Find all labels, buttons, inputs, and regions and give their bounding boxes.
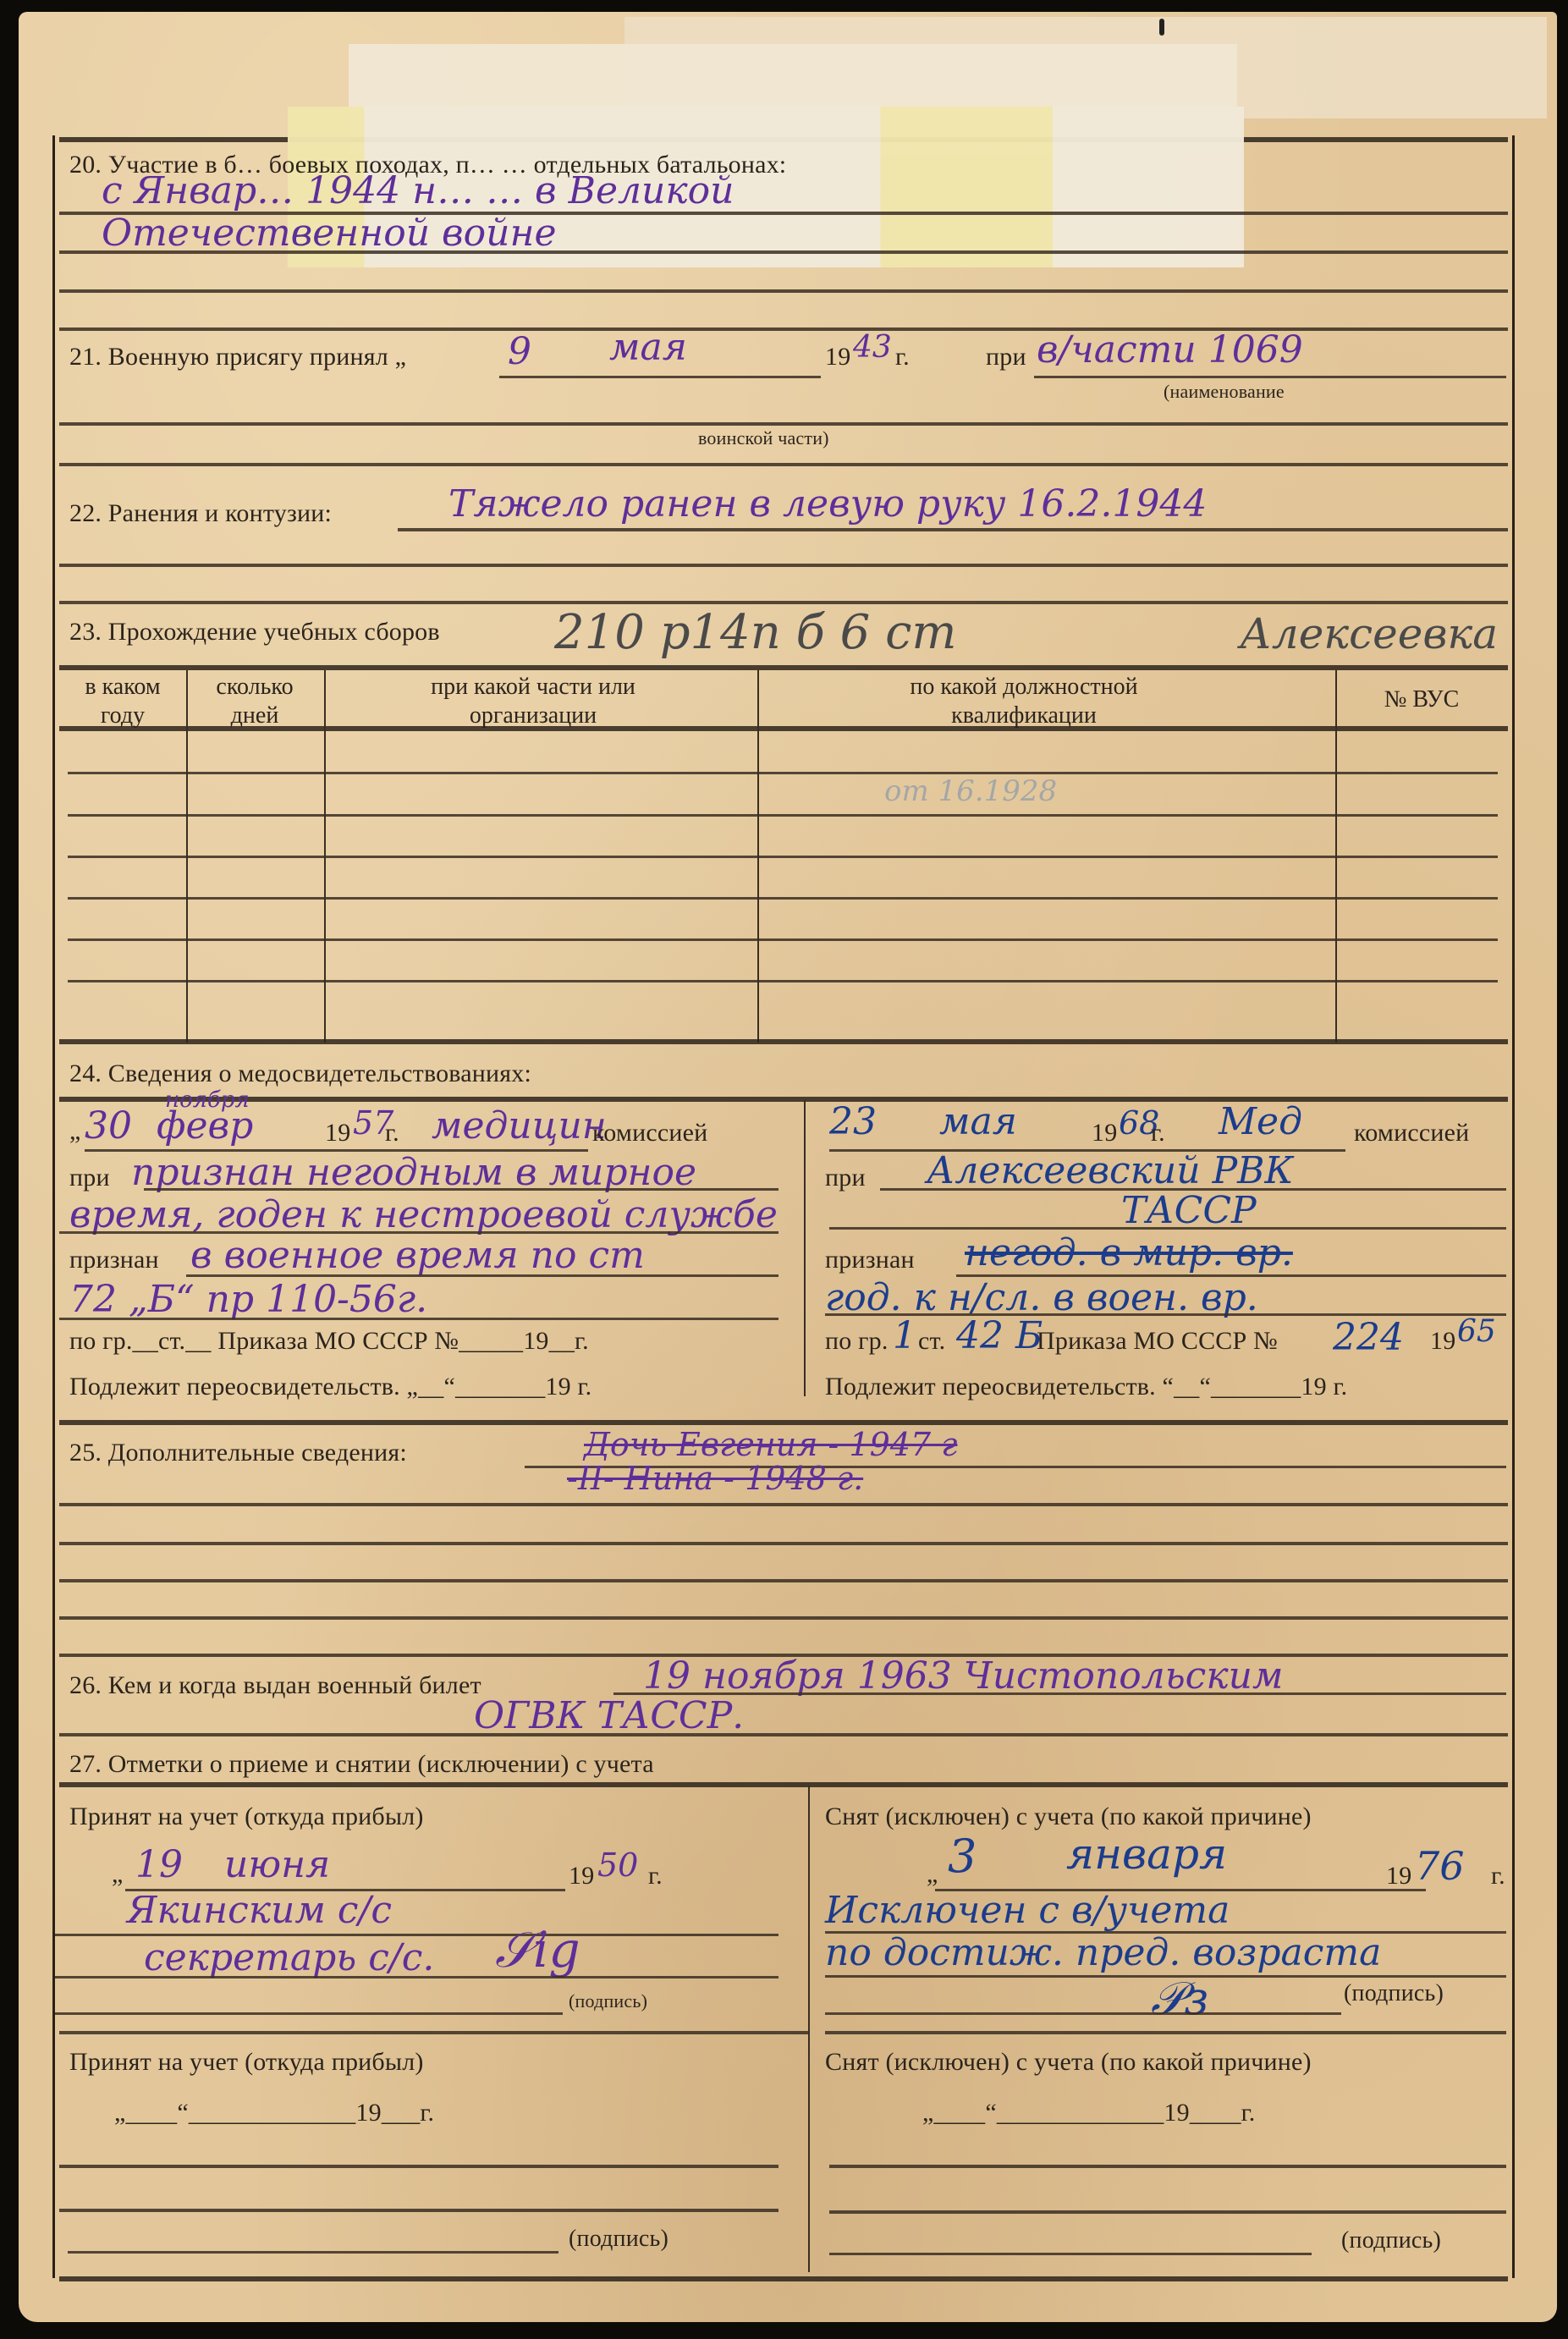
rule xyxy=(59,422,1508,426)
rule xyxy=(59,564,1508,567)
med-right-order-mid: Приказа МО СССР № xyxy=(1037,1327,1278,1356)
removed-date-2: „____“_____________19____г. xyxy=(922,2099,1255,2127)
column-divider xyxy=(804,1100,806,1396)
section-22-label: 22. Ранения и контузии: xyxy=(69,499,332,528)
med-right-commission-label: комиссией xyxy=(1354,1119,1469,1147)
oath-day: 9 xyxy=(508,330,531,373)
removed-year-1: 76 xyxy=(1415,1843,1465,1889)
rule xyxy=(59,1039,1508,1044)
rule xyxy=(59,1542,1508,1545)
rule xyxy=(55,1976,778,1979)
registered-heading-2: Принят на учет (откуда прибыл) xyxy=(69,2048,424,2077)
table-row-line xyxy=(68,814,1498,817)
rule xyxy=(59,1420,1508,1425)
rule xyxy=(59,601,1508,604)
rule xyxy=(825,2031,1506,2034)
med-right-priznan-label: признан xyxy=(825,1246,915,1274)
rule xyxy=(59,463,1508,466)
med-left-commission-label: комиссией xyxy=(592,1119,707,1147)
med-right-order-st: 42 Б xyxy=(956,1314,1043,1357)
rule xyxy=(59,2276,1508,2281)
med-right-year-prefix: 19 xyxy=(1092,1119,1117,1147)
table-row-line xyxy=(68,856,1498,858)
med-left-month-correction: ноября xyxy=(165,1087,250,1113)
rule xyxy=(59,2031,808,2034)
signature-2: 𝒫з xyxy=(1151,1972,1208,2026)
med-left-recheck: Подлежит переосвидетельств. „__“_______1… xyxy=(69,1373,591,1401)
column-divider xyxy=(808,1786,810,2272)
rule xyxy=(144,1188,778,1191)
med-right-pri-label: при xyxy=(825,1164,866,1192)
col-header-days: сколькодней xyxy=(188,673,322,730)
table-row-line xyxy=(68,938,1498,941)
med-right-pri-value: Алексеевский РВК xyxy=(927,1149,1294,1192)
registered-year-prefix-1: 19 xyxy=(569,1862,594,1890)
registered-day-1: 19 xyxy=(135,1843,183,1886)
unit-caption-2: воинской части) xyxy=(698,427,829,449)
registered-year-1: 50 xyxy=(597,1846,638,1884)
signature-label-4: (подпись) xyxy=(1341,2227,1441,2254)
med-left-day: 30 xyxy=(85,1104,132,1147)
training-value: 210 р14п б 6 ст xyxy=(554,605,957,660)
oath-unit: в/части 1069 xyxy=(1037,328,1303,371)
registered-from-1: Якинским с/с xyxy=(127,1889,392,1932)
section-24-label: 24. Сведения о медосвидетельствованиях: xyxy=(69,1059,531,1088)
med-left-line2: время, годен к нестроевой службе xyxy=(69,1193,778,1236)
rule xyxy=(55,2012,563,2015)
section-23-label: 23. Прохождение учебных сборов xyxy=(69,618,440,647)
section-21-label: 21. Военную присягу принял „ xyxy=(69,343,406,371)
removed-reason-1: Исключен с в/учета xyxy=(825,1889,1230,1932)
registered-g-1: г. xyxy=(648,1862,663,1890)
rule xyxy=(59,1733,1508,1736)
med-right-commission: Мед xyxy=(1219,1100,1302,1143)
registered-heading-1: Принят на учет (откуда прибыл) xyxy=(69,1802,424,1831)
med-right-g: г. xyxy=(1151,1119,1165,1147)
med-right-priznan-value: негод. в мир. вр. xyxy=(965,1231,1293,1274)
col-header-vus: № ВУС xyxy=(1337,685,1506,714)
additional-info-line2: -II- Нина - 1948 г. xyxy=(567,1460,863,1497)
rule xyxy=(59,1503,1508,1506)
registered-date-2: „____“_____________19___г. xyxy=(114,2099,434,2127)
rule xyxy=(59,665,1508,670)
med-left-line4: 72 „Б“ пр 110-56г. xyxy=(69,1278,427,1321)
med-left-g: г. xyxy=(385,1119,399,1147)
med-right-order-year-prefix: 19 xyxy=(1430,1327,1455,1356)
removed-reason-2: по достиж. пред. возраста xyxy=(825,1931,1381,1974)
col-header-qualification: по какой должностнойквалификации xyxy=(812,673,1235,730)
training-value-2: Алексеевка xyxy=(1240,609,1498,658)
med-left-priznan-value: в военное время по ст xyxy=(190,1234,645,1277)
oath-year: 43 xyxy=(853,330,892,365)
med-left-pri-label: при xyxy=(69,1164,110,1192)
col-header-unit: при какой части илиорганизации xyxy=(355,673,711,730)
rule xyxy=(59,2209,778,2212)
section-27-label: 27. Отметки о приеме и снятии (исключени… xyxy=(69,1750,654,1779)
wounds-value: Тяжело ранен в левую руку 16.2.1944 xyxy=(448,482,1207,526)
rule xyxy=(59,289,1508,293)
rule xyxy=(829,2165,1506,2168)
military-id-line2: ОГВК ТАССР. xyxy=(474,1694,744,1737)
section-20-value-line1: с Январ… 1944 н… … в Великой xyxy=(102,169,734,212)
rule xyxy=(829,1227,1506,1230)
rule xyxy=(825,1313,1506,1316)
med-right-order-gr: 1 xyxy=(893,1314,916,1357)
unit-caption-1: (наименование xyxy=(1164,381,1285,403)
med-right-order-no: 224 xyxy=(1333,1316,1404,1359)
med-left-year-prefix: 19 xyxy=(325,1119,350,1147)
rule xyxy=(68,2251,558,2254)
additional-info-line1: Дочь Евгения - 1947 г xyxy=(584,1426,957,1463)
oath-year-g: г. xyxy=(895,343,910,371)
rule xyxy=(1034,376,1506,378)
signature-label-3: (подпись) xyxy=(569,2226,668,2253)
med-right-order-year: 65 xyxy=(1457,1314,1496,1349)
rule xyxy=(825,2012,1341,2015)
signature-label-1: (подпись) xyxy=(569,1990,647,2012)
med-right-order-st-label: ст. xyxy=(918,1327,945,1356)
removed-day-1: 3 xyxy=(948,1830,977,1883)
rule xyxy=(186,1274,778,1277)
rule xyxy=(59,726,1508,731)
med-right-month: мая xyxy=(939,1100,1017,1143)
removed-g-1: г. xyxy=(1491,1862,1505,1890)
registered-month-1: июня xyxy=(224,1843,330,1886)
section-26-label: 26. Кем и когда выдан военный билет xyxy=(69,1671,481,1700)
oath-month: мая xyxy=(609,326,687,369)
military-id-line1: 19 ноября 1963 Чистопольским xyxy=(643,1654,1283,1698)
med-right-day: 23 xyxy=(829,1100,877,1143)
oath-pri-label: при xyxy=(986,343,1026,371)
rule xyxy=(613,1692,1506,1695)
faint-stamp-note: от 16.1928 xyxy=(884,774,1057,808)
ink-mark xyxy=(1159,19,1164,36)
rule xyxy=(398,528,1508,531)
section-25-label: 25. Дополнительные сведения: xyxy=(69,1439,407,1467)
oath-year-prefix: 19 xyxy=(825,343,850,371)
col-header-year: в какомгоду xyxy=(59,673,186,730)
rule xyxy=(59,1616,1508,1620)
med-left-order: по гр.__ст.__ Приказа МО СССР №_____19__… xyxy=(69,1327,589,1356)
section-20-value-line2: Отечественной войне xyxy=(102,212,557,255)
rule xyxy=(829,2253,1312,2255)
rule xyxy=(59,1318,778,1320)
med-left-priznan-label: признан xyxy=(69,1246,159,1274)
removed-heading-1: Снят (исключен) с учета (по какой причин… xyxy=(825,1802,1312,1831)
removed-month-1: января xyxy=(1066,1830,1227,1879)
rule xyxy=(829,2210,1506,2214)
rule xyxy=(59,1782,1508,1787)
signature-label-2: (подпись) xyxy=(1344,1980,1444,2007)
table-row-line xyxy=(68,980,1498,982)
rule xyxy=(499,376,821,378)
rule xyxy=(59,2165,778,2168)
removed-year-prefix-1: 19 xyxy=(1386,1862,1411,1890)
table-row-line xyxy=(68,772,1498,774)
med-right-recheck: Подлежит переосвидетельств. “__“_______1… xyxy=(825,1373,1347,1401)
rule xyxy=(59,250,1508,254)
med-left-commission: медицин xyxy=(432,1104,607,1147)
med-right-line2: ТАССР xyxy=(1121,1189,1257,1232)
removed-heading-2: Снят (исключен) с учета (по какой причин… xyxy=(825,2048,1312,2077)
med-right-order-prefix: по гр. xyxy=(825,1327,889,1356)
signature-1: 𝒮ig xyxy=(495,1921,580,1979)
table-row-line xyxy=(68,897,1498,900)
registered-by-1: секретарь с/с. xyxy=(144,1936,434,1979)
rule xyxy=(59,1579,1508,1582)
